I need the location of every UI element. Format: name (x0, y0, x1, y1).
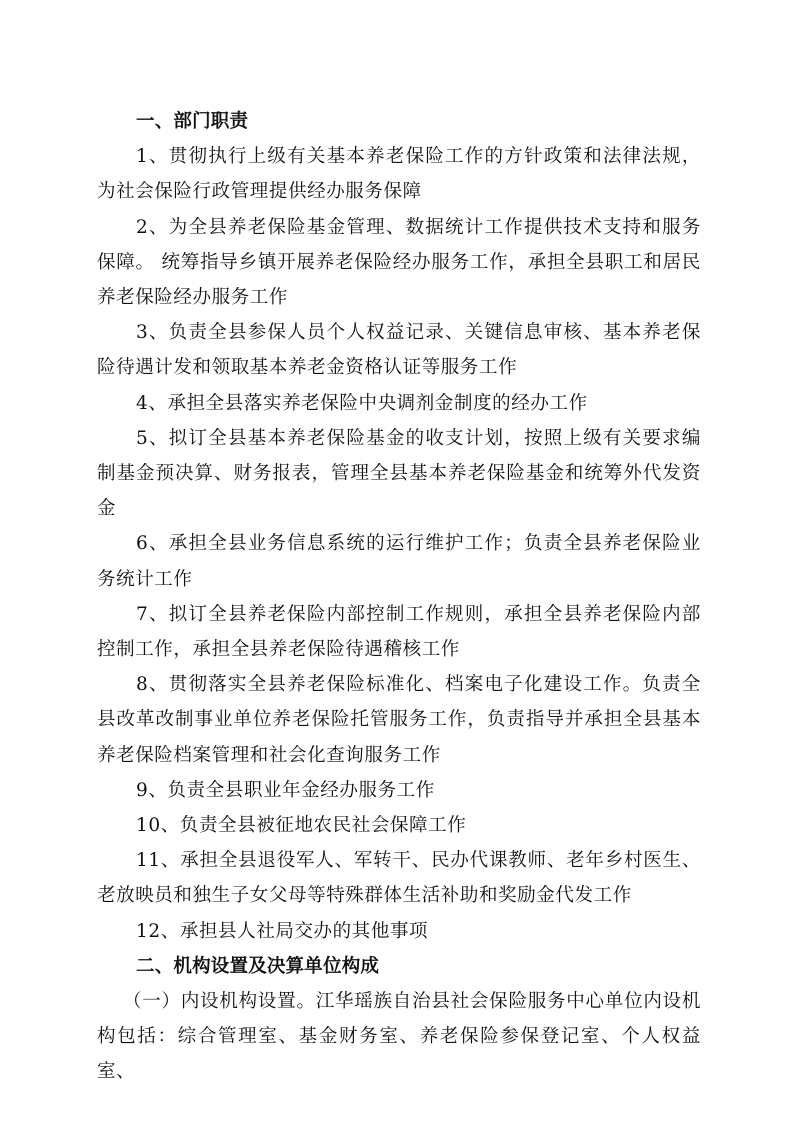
duty-item-10: 10、负责全县被征地农民社会保障工作 (97, 808, 701, 843)
organization-paragraph-1: （一）内设机构设置。江华瑶族自治县社会保险服务中心单位内设机构包括：综合管理室、… (97, 984, 701, 1090)
duty-item-1: 1、贯彻执行上级有关基本养老保险工作的方针政策和法律法规，为社会保险行政管理提供… (97, 139, 701, 209)
duty-item-12: 12、承担县人社局交办的其他事项 (97, 914, 701, 949)
duty-item-3: 3、负责全县参保人员个人权益记录、关键信息审核、基本养老保险待遇计发和领取基本养… (97, 315, 701, 385)
section-heading-organization: 二、机构设置及决算单位构成 (97, 949, 701, 984)
section-heading-duties: 一、部门职责 (97, 104, 701, 139)
duty-item-5: 5、拟订全县基本养老保险基金的收支计划，按照上级有关要求编制基金预决算、财务报表… (97, 421, 701, 527)
document-page: 一、部门职责 1、贯彻执行上级有关基本养老保险工作的方针政策和法律法规，为社会保… (97, 104, 701, 1090)
duty-item-11: 11、承担全县退役军人、军转干、民办代课教师、老年乡村医生、老放映员和独生子女父… (97, 843, 701, 913)
duty-item-8: 8、贯彻落实全县养老保险标准化、档案电子化建设工作。负责全县改革改制事业单位养老… (97, 667, 701, 773)
duty-item-9: 9、负责全县职业年金经办服务工作 (97, 773, 701, 808)
duty-item-4: 4、承担全县落实养老保险中央调剂金制度的经办工作 (97, 386, 701, 421)
duty-item-6: 6、承担全县业务信息系统的运行维护工作；负责全县养老保险业务统计工作 (97, 526, 701, 596)
duty-item-7: 7、拟订全县养老保险内部控制工作规则，承担全县养老保险内部控制工作，承担全县养老… (97, 597, 701, 667)
duty-item-2: 2、为全县养老保险基金管理、数据统计工作提供技术支持和服务保障。 统筹指导乡镇开… (97, 210, 701, 316)
